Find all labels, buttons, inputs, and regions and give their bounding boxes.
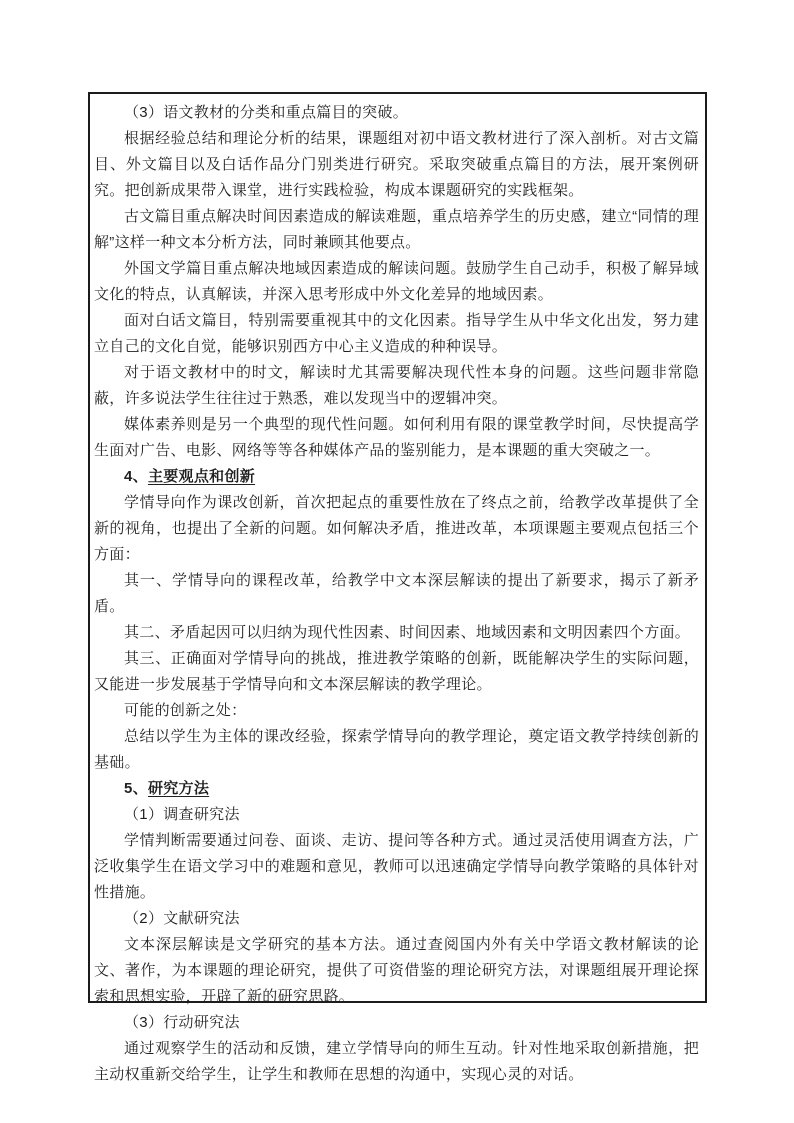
paragraph: 古文篇目重点解决时间因素造成的解读难题，重点培养学生的历史感，建立“同情的理解”… (94, 204, 699, 256)
section-heading-research-methods: 5、研究方法 (94, 776, 699, 802)
paragraph: 可能的创新之处： (94, 698, 699, 724)
heading-number: 5、 (124, 780, 148, 797)
paragraph: 总结以学生为主体的课改经验，探索学情导向的教学理论，奠定语文教学持续创新的基础。 (94, 724, 699, 776)
paragraph: 通过观察学生的活动和反馈，建立学情导向的师生互动。针对性地采取创新措施，把主动权… (94, 1036, 699, 1088)
paragraph: 文本深层解读是文学研究的基本方法。通过查阅国内外有关中学语文教材解读的论文、著作… (94, 932, 699, 1010)
subheading-survey-method: （1）调查研究法 (94, 802, 699, 828)
paragraph: 其二、矛盾起因可以归纳为现代性因素、时间因素、地域因素和文明因素四个方面。 (94, 620, 699, 646)
paragraph: 根据经验总结和理论分析的结果，课题组对初中语文教材进行了深入剖析。对古文篇目、外… (94, 126, 699, 204)
heading-title: 研究方法 (148, 780, 209, 797)
form-table-cell: （3）语文教材的分类和重点篇目的突破。 根据经验总结和理论分析的结果，课题组对初… (88, 92, 707, 1003)
heading-title: 主要观点和创新 (148, 468, 255, 485)
paragraph: （3）语文教材的分类和重点篇目的突破。 (94, 100, 699, 126)
section-heading-main-viewpoints: 4、主要观点和创新 (94, 464, 699, 490)
subheading-action-method: （3）行动研究法 (94, 1010, 699, 1036)
paragraph: 学情导向作为课改创新，首次把起点的重要性放在了终点之前，给教学改革提供了全新的视… (94, 490, 699, 568)
paragraph: 媒体素养则是另一个典型的现代性问题。如何利用有限的课堂教学时间，尽快提高学生面对… (94, 412, 699, 464)
heading-number: 4、 (124, 468, 148, 485)
paragraph: 学情判断需要通过问卷、面谈、走访、提问等各种方式。通过灵活使用调查方法，广泛收集… (94, 828, 699, 906)
document-page: （3）语文教材的分类和重点篇目的突破。 根据经验总结和理论分析的结果，课题组对初… (0, 0, 794, 1123)
paragraph: 其一、学情导向的课程改革，给教学中文本深层解读的提出了新要求，揭示了新矛盾。 (94, 568, 699, 620)
paragraph: 外国文学篇目重点解决地域因素造成的解读问题。鼓励学生自己动手，积极了解异域文化的… (94, 256, 699, 308)
paragraph: 对于语文教材中的时文，解读时尤其需要解决现代性本身的问题。这些问题非常隐蔽，许多… (94, 360, 699, 412)
paragraph: 其三、正确面对学情导向的挑战，推进教学策略的创新，既能解决学生的实际问题，又能进… (94, 646, 699, 698)
subheading-literature-method: （2）文献研究法 (94, 906, 699, 932)
paragraph: 面对白话文篇目，特别需要重视其中的文化因素。指导学生从中华文化出发，努力建立自己… (94, 308, 699, 360)
